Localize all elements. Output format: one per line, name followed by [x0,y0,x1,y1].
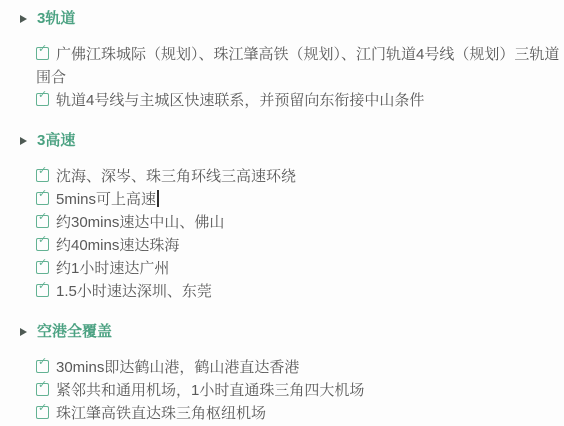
item-text[interactable]: 1.5小时速达深圳、东莞 [56,283,212,300]
checkbox-checked-icon[interactable] [36,360,49,373]
section-title[interactable]: 3轨道 [37,8,75,30]
list-item[interactable]: 广佛江珠城际（规划）、珠江肇高铁（规划）、江门轨道4号线（规划）三轨道围合 [36,43,560,89]
item-text[interactable]: 广佛江珠城际（规划）、珠江肇高铁（规划）、江门轨道4号线（规划）三轨道围合 [36,46,559,86]
section-highway: 3高速 沈海、深岑、珠三角环线三高速环绕 5mins可上高速 约30mins速达… [20,130,562,303]
item-text[interactable]: 沈海、深岑、珠三角环线三高速环绕 [56,168,296,185]
checkbox-checked-icon[interactable] [36,93,49,106]
item-text[interactable]: 30mins即达鹤山港，鹤山港直达香港 [56,359,299,376]
checkbox-checked-icon[interactable] [36,238,49,251]
list-item[interactable]: 约40mins速达珠海 [36,234,560,257]
list-item[interactable]: 5mins可上高速 [36,188,560,211]
item-text[interactable]: 珠江肇高铁直达珠三角枢纽机场 [56,405,266,422]
checkbox-checked-icon[interactable] [36,169,49,182]
list-item[interactable]: 约1小时速达广州 [36,257,560,280]
section-title[interactable]: 3高速 [37,130,75,152]
checkbox-checked-icon[interactable] [36,215,49,228]
item-text[interactable]: 5mins可上高速 [56,191,156,208]
list-item[interactable]: 轨道4号线与主城区快速联系，并预留向东衔接中山条件 [36,89,560,112]
section-rail: 3轨道 广佛江珠城际（规划）、珠江肇高铁（规划）、江门轨道4号线（规划）三轨道围… [20,8,562,112]
text-caret [157,190,159,207]
item-text[interactable]: 轨道4号线与主城区快速联系，并预留向东衔接中山条件 [56,92,424,109]
checkbox-checked-icon[interactable] [36,192,49,205]
section-header[interactable]: 3高速 [20,130,562,152]
triangle-right-icon[interactable] [20,15,27,23]
section-items: 30mins即达鹤山港，鹤山港直达香港 紧邻共和通用机场，1小时直通珠三角四大机… [36,356,562,425]
checkbox-checked-icon[interactable] [36,383,49,396]
list-item[interactable]: 珠江肇高铁直达珠三角枢纽机场 [36,402,560,425]
item-text[interactable]: 紧邻共和通用机场，1小时直通珠三角四大机场 [56,382,364,399]
triangle-right-icon[interactable] [20,137,27,145]
list-item[interactable]: 沈海、深岑、珠三角环线三高速环绕 [36,165,560,188]
checkbox-checked-icon[interactable] [36,406,49,419]
item-text[interactable]: 约40mins速达珠海 [56,237,179,254]
section-title[interactable]: 空港全覆盖 [37,321,112,343]
list-item[interactable]: 紧邻共和通用机场，1小时直通珠三角四大机场 [36,379,560,402]
list-item[interactable]: 1.5小时速达深圳、东莞 [36,280,560,303]
checkbox-checked-icon[interactable] [36,284,49,297]
section-header[interactable]: 空港全覆盖 [20,321,562,343]
section-items: 广佛江珠城际（规划）、珠江肇高铁（规划）、江门轨道4号线（规划）三轨道围合 轨道… [36,43,562,112]
triangle-right-icon[interactable] [20,328,27,336]
section-items: 沈海、深岑、珠三角环线三高速环绕 5mins可上高速 约30mins速达中山、佛… [36,165,562,303]
checkbox-checked-icon[interactable] [36,261,49,274]
list-item[interactable]: 约30mins速达中山、佛山 [36,211,560,234]
checkbox-checked-icon[interactable] [36,47,49,60]
section-header[interactable]: 3轨道 [20,8,562,30]
item-text[interactable]: 约30mins速达中山、佛山 [56,214,224,231]
list-item[interactable]: 30mins即达鹤山港，鹤山港直达香港 [36,356,560,379]
item-text[interactable]: 约1小时速达广州 [56,260,169,277]
section-airport: 空港全覆盖 30mins即达鹤山港，鹤山港直达香港 紧邻共和通用机场，1小时直通… [20,321,562,425]
outline-document: 3轨道 广佛江珠城际（规划）、珠江肇高铁（规划）、江门轨道4号线（规划）三轨道围… [0,0,564,426]
